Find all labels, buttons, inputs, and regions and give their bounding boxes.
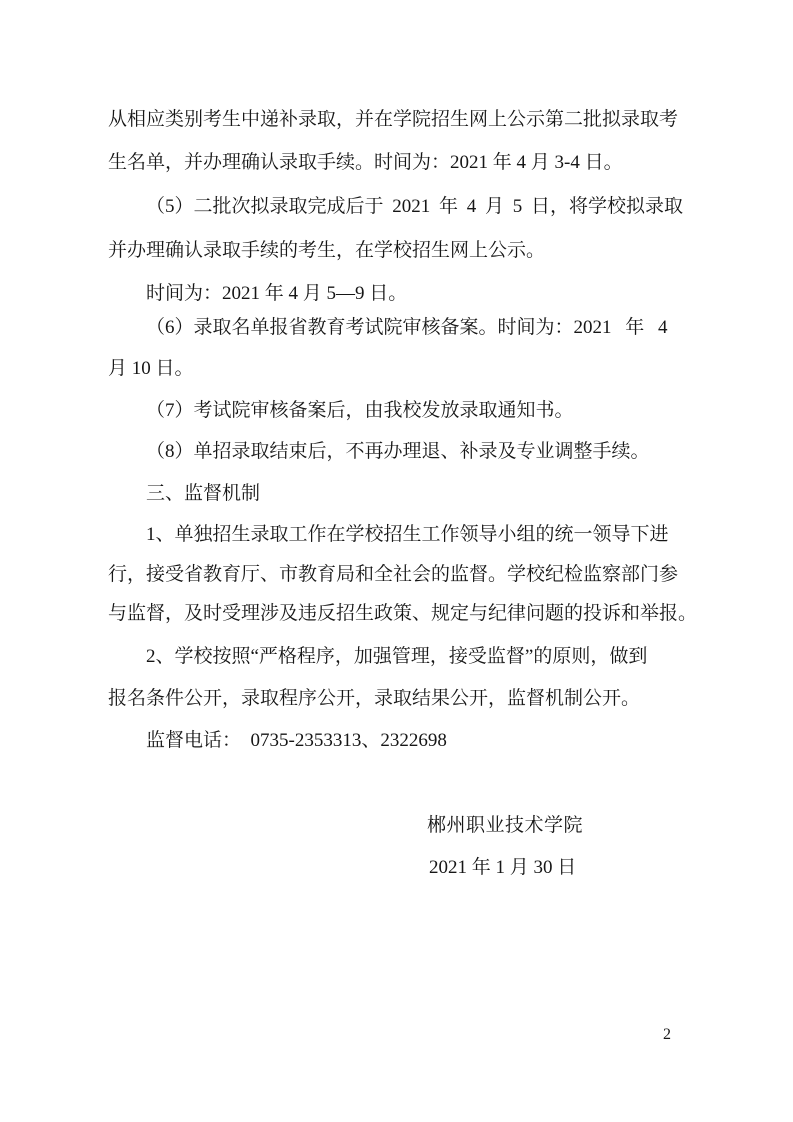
body-line-item-5: （5）二批次拟录取完成后于 2021 年 4 月 5 日，将学校拟录取: [108, 194, 680, 219]
body-line: 报名条件公开，录取程序公开，录取结果公开，监督机制公开。: [108, 686, 680, 711]
body-line: 并办理确认录取手续的考生，在学校招生网上公示。: [108, 238, 680, 263]
body-line-item-7: （7）考试院审核备案后，由我校发放录取通知书。: [108, 398, 680, 423]
body-line: 2、学校按照“严格程序，加强管理，接受监督”的原则，做到: [108, 644, 680, 669]
body-line-item-8: （8）单招录取结束后，不再办理退、补录及专业调整手续。: [108, 439, 680, 464]
document-page: 从相应类别考生中递补录取，并在学院招生网上公示第二批拟录取考 生名单，并办理确认…: [0, 0, 793, 1122]
body-line: 生名单，并办理确认录取手续。时间为：2021 年 4 月 3-4 日。: [108, 150, 680, 175]
signature-organization: 郴州职业技术学院: [427, 813, 583, 838]
body-line: 月 10 日。: [108, 356, 680, 381]
body-line-item-6: （6）录取名单报省教育考试院审核备案。时间为：2021 年 4: [108, 315, 680, 340]
supervision-phone-line: 监督电话： 0735-2353313、2322698: [108, 728, 680, 753]
section-heading: 三、监督机制: [108, 481, 680, 506]
page-number: 2: [663, 1025, 671, 1045]
body-line-time: 时间为：2021 年 4 月 5—9 日。: [108, 281, 680, 306]
body-line: 与监督，及时受理涉及违反招生政策、规定与纪律问题的投诉和举报。: [108, 601, 680, 626]
body-line: 1、单独招生录取工作在学校招生工作领导小组的统一领导下进: [108, 522, 680, 547]
body-line: 从相应类别考生中递补录取，并在学院招生网上公示第二批拟录取考: [108, 107, 680, 132]
signature-date: 2021 年 1 月 30 日: [429, 855, 576, 880]
body-line: 行，接受省教育厅、市教育局和全社会的监督。学校纪检监察部门参: [108, 562, 680, 587]
